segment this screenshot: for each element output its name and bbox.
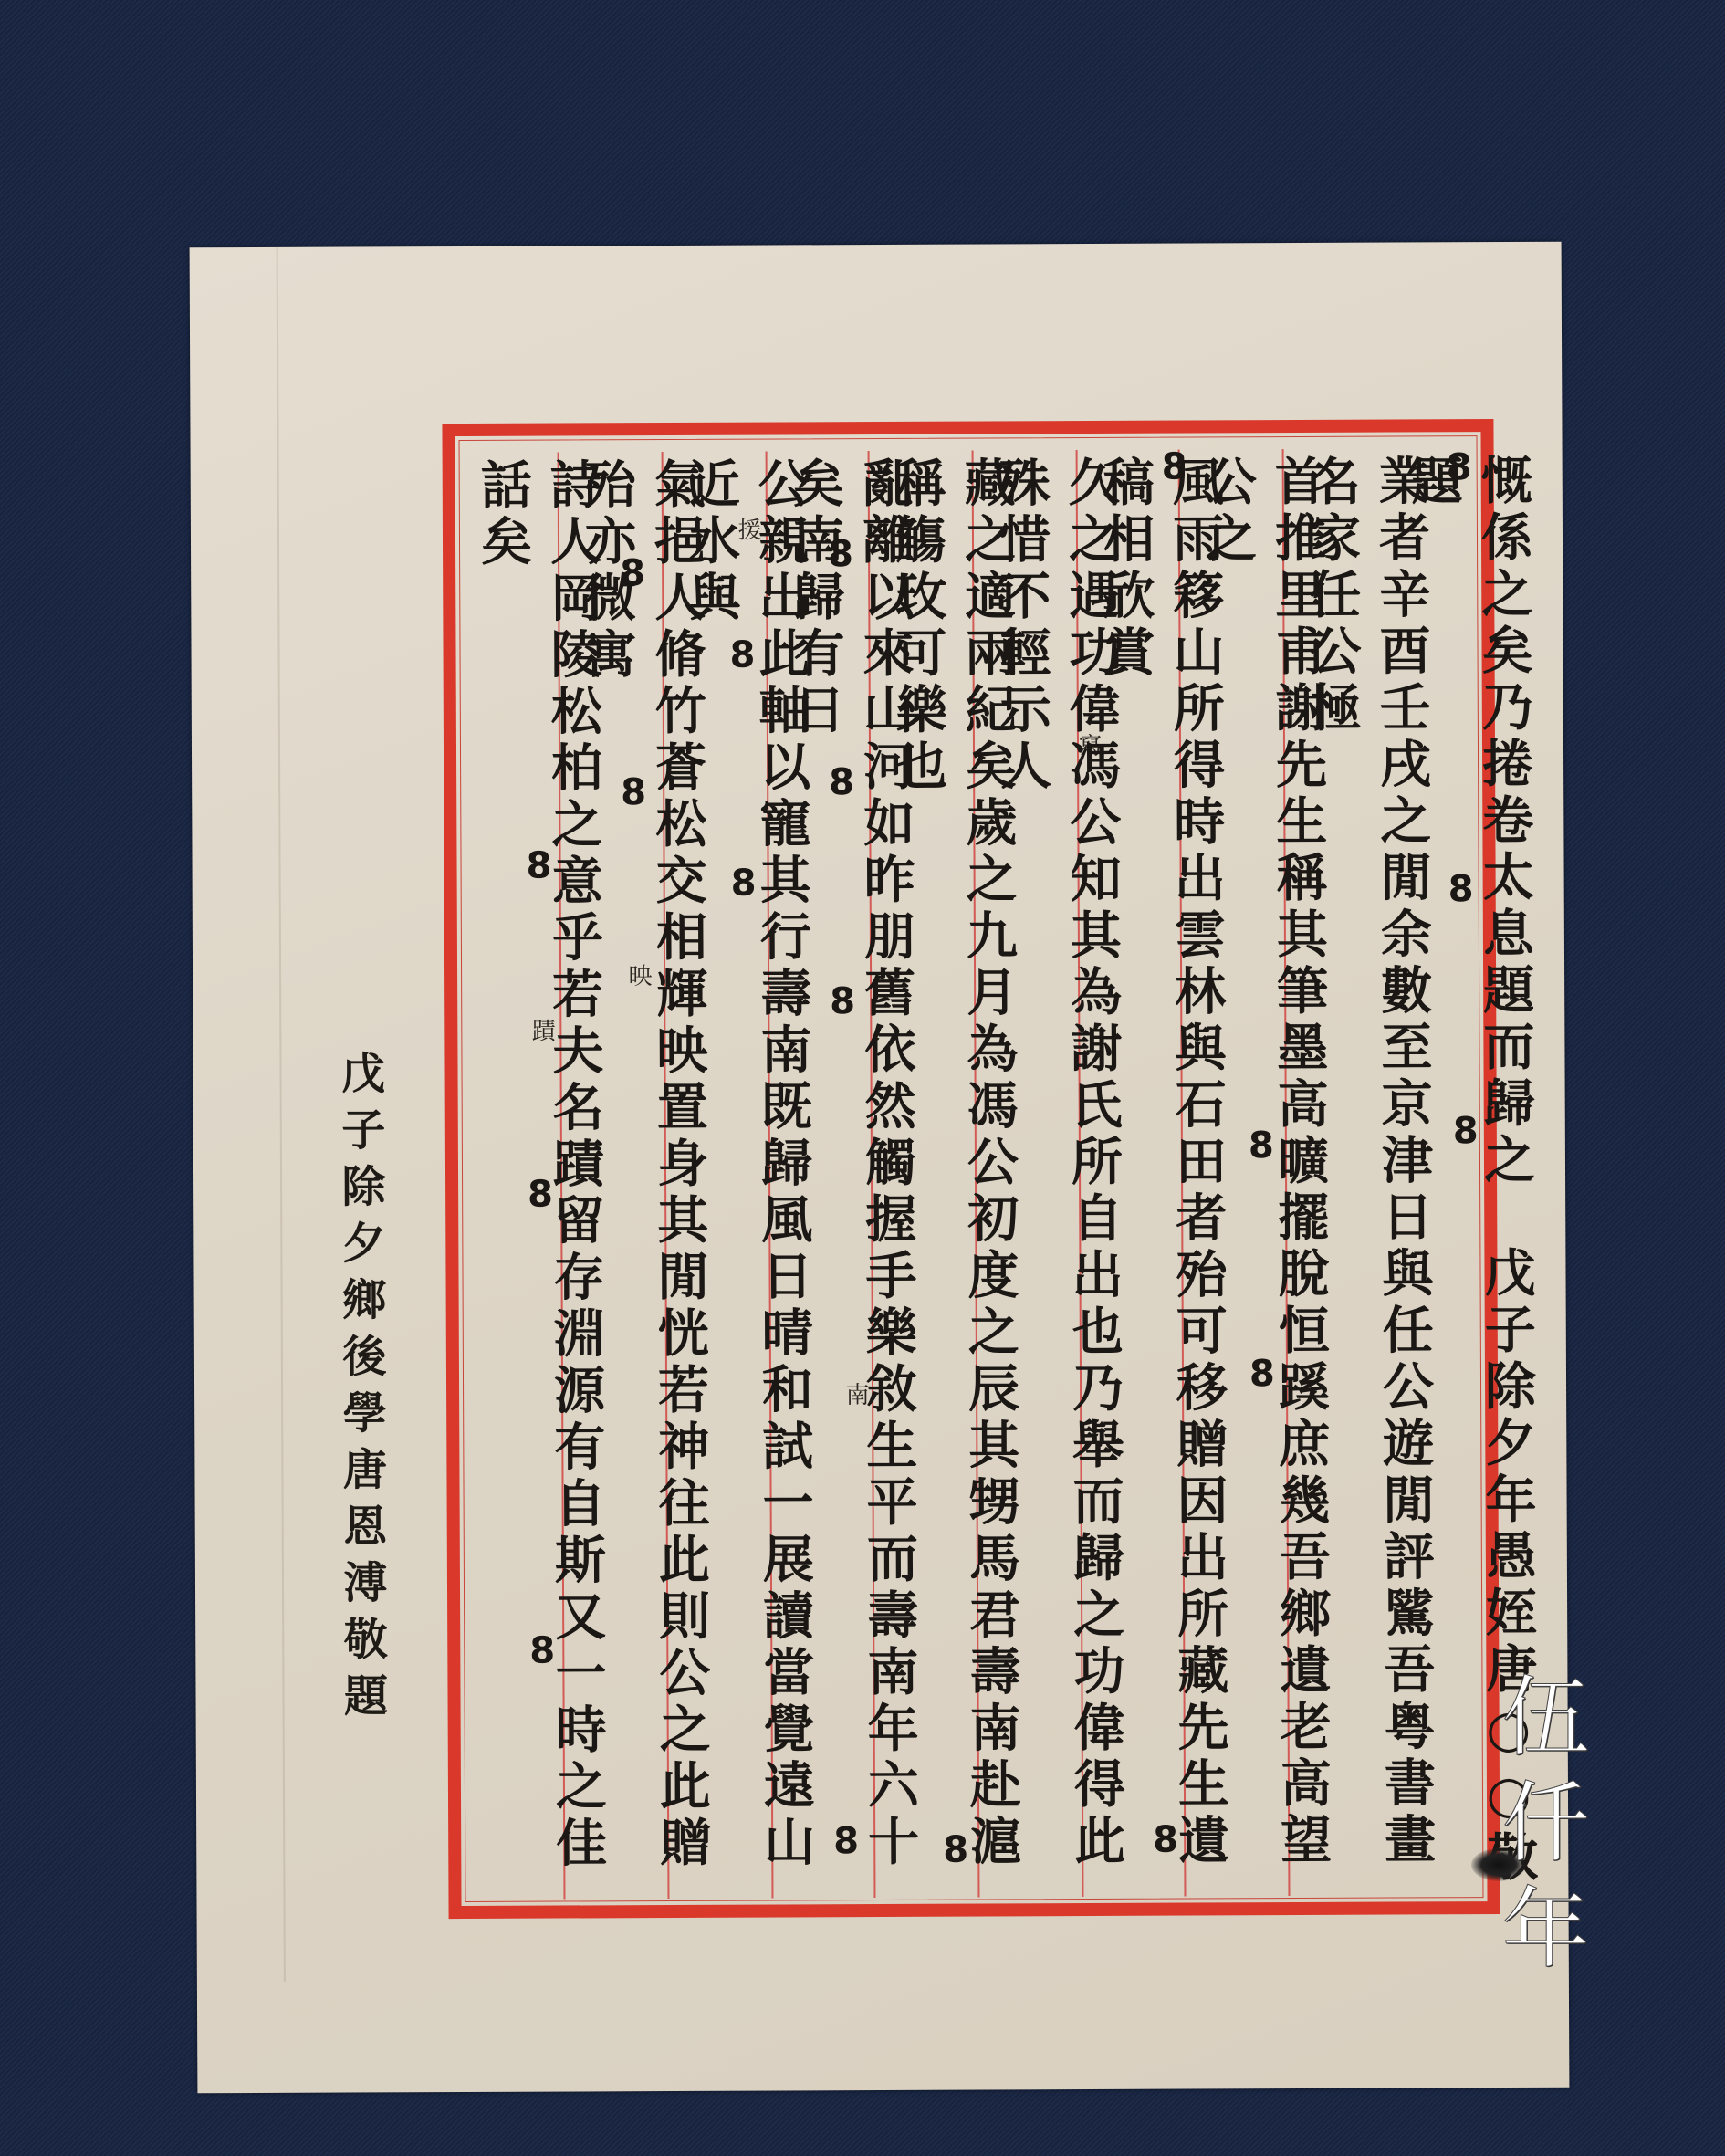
punctuation-mark: 8 <box>1249 1353 1275 1395</box>
margin-note: 南 <box>839 1382 873 1406</box>
punctuation-mark: 8 <box>1447 446 1472 488</box>
punctuation-mark: 8 <box>833 1820 859 1862</box>
punctuation-mark: 8 <box>1453 1110 1479 1152</box>
punctuation-mark: 8 <box>621 771 646 813</box>
watermark: 伍仟年 <box>1477 1670 1602 1988</box>
punctuation-mark: 8 <box>829 761 854 803</box>
punctuation-mark: 8 <box>529 1630 555 1672</box>
punctuation-mark: 8 <box>1162 446 1187 488</box>
punctuation-mark: 8 <box>943 1829 968 1871</box>
punctuation-mark: 8 <box>828 533 853 575</box>
punctuation-mark: 8 <box>526 845 551 887</box>
text-column-10: 詩人岡陵松柏之意乎若夫名蹟留存淵源有自斯又一時之佳話矣 8 蹟 8 8 <box>455 453 559 1900</box>
margin-note: 映 <box>622 963 655 987</box>
punctuation-mark: 8 <box>729 634 755 676</box>
red-ruled-frame: 慨係之矣乃捲卷太息題而歸之 戊子除夕年愚姪唐○○敬題 8 8 8 業者辛酉壬戌之… <box>442 419 1500 1919</box>
paper-crease <box>277 247 286 1982</box>
punctuation-mark: 8 <box>1448 868 1474 910</box>
signature: 戊子除夕鄉後學唐恩溥敬題 <box>328 1050 393 1729</box>
punctuation-mark: 8 <box>1249 1125 1274 1167</box>
paper-sheet: 戊子除夕鄉後學唐恩溥敬題 慨係之矣乃捲卷太息題而歸之 戊子除夕年愚姪唐○○敬題 … <box>190 242 1570 2094</box>
margin-note: 蹟 <box>525 1019 559 1042</box>
punctuation-mark: 8 <box>528 1174 553 1216</box>
punctuation-mark: 8 <box>830 980 855 1022</box>
punctuation-mark: 8 <box>1153 1819 1178 1861</box>
punctuation-mark: 8 <box>731 863 757 905</box>
margin-note: 援 <box>731 518 765 541</box>
punctuation-mark: 8 <box>620 552 645 594</box>
